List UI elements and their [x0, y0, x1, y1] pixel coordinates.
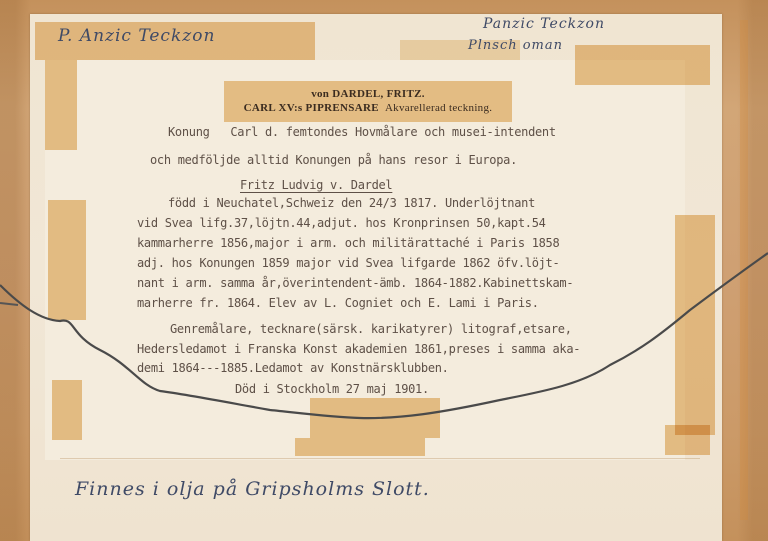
- typed-bio-line: nant i arm. samma år,överintendent-ämb. …: [137, 276, 573, 290]
- typed-bio-line: vid Svea lifg.37,löjtn.44,adjut. hos Kro…: [137, 216, 546, 230]
- label-artist: von DARDEL, FRITZ.: [224, 87, 512, 101]
- typed-death-line: Död i Stockholm 27 maj 1901.: [235, 382, 429, 396]
- handwritten-note-top-right-line1: Panzic Teckzon: [483, 16, 605, 32]
- handwritten-note-top-right-line2: Plnsch oman: [468, 38, 563, 53]
- typed-name-heading: Fritz Ludvig v. Dardel: [240, 178, 392, 192]
- label-title-bold: CARL XV:s PIPRENSARE: [244, 102, 379, 114]
- tape-strip-bottom-right: [665, 425, 710, 455]
- backing-stain-right: [740, 20, 748, 520]
- tape-strip-bottom-center: [310, 398, 440, 438]
- tape-strip-bottom-center-2: [295, 438, 425, 456]
- handwritten-note-bottom: Finnes i olja på Gripsholms Slott.: [75, 478, 430, 500]
- tape-strip-left-lower: [52, 380, 82, 440]
- typed-intro-line-2: och medföljde alltid Konungen på hans re…: [150, 153, 517, 167]
- label-medium: Akvarellerad teckning.: [385, 102, 492, 114]
- tape-strip-top-right: [575, 45, 710, 85]
- label-title: CARL XV:s PIPRENSARE Akvarellerad teckni…: [224, 101, 512, 115]
- typed-bio-line: marherre fr. 1864. Elev av L. Cogniet oc…: [137, 296, 539, 310]
- handwritten-note-top-left: P. Anzic Teckzon: [58, 26, 215, 46]
- typed-career-line: Hedersledamot i Franska Konst akademien …: [137, 342, 580, 356]
- tape-strip-left-middle: [48, 200, 86, 320]
- tape-strip-right: [675, 215, 715, 435]
- typed-career-line: Genremålare, tecknare(särsk. karikatyrer…: [170, 322, 572, 336]
- typed-bio-line: född i Neuchatel,Schweiz den 24/3 1817. …: [168, 196, 535, 210]
- typed-intro-line-1: Konung Carl d. femtondes Hovmålare och m…: [168, 125, 556, 139]
- sheet-edge-line: [60, 458, 700, 459]
- typed-bio-line: kammarherre 1856,major i arm. och militä…: [137, 236, 559, 250]
- typed-bio-line: adj. hos Konungen 1859 major vid Svea li…: [137, 256, 559, 270]
- tape-strip-left-upper: [45, 60, 77, 150]
- typed-career-line: demi 1864---1885.Ledamot av Konstnärsklu…: [137, 361, 449, 375]
- printed-title-label: von DARDEL, FRITZ. CARL XV:s PIPRENSARE …: [224, 81, 512, 122]
